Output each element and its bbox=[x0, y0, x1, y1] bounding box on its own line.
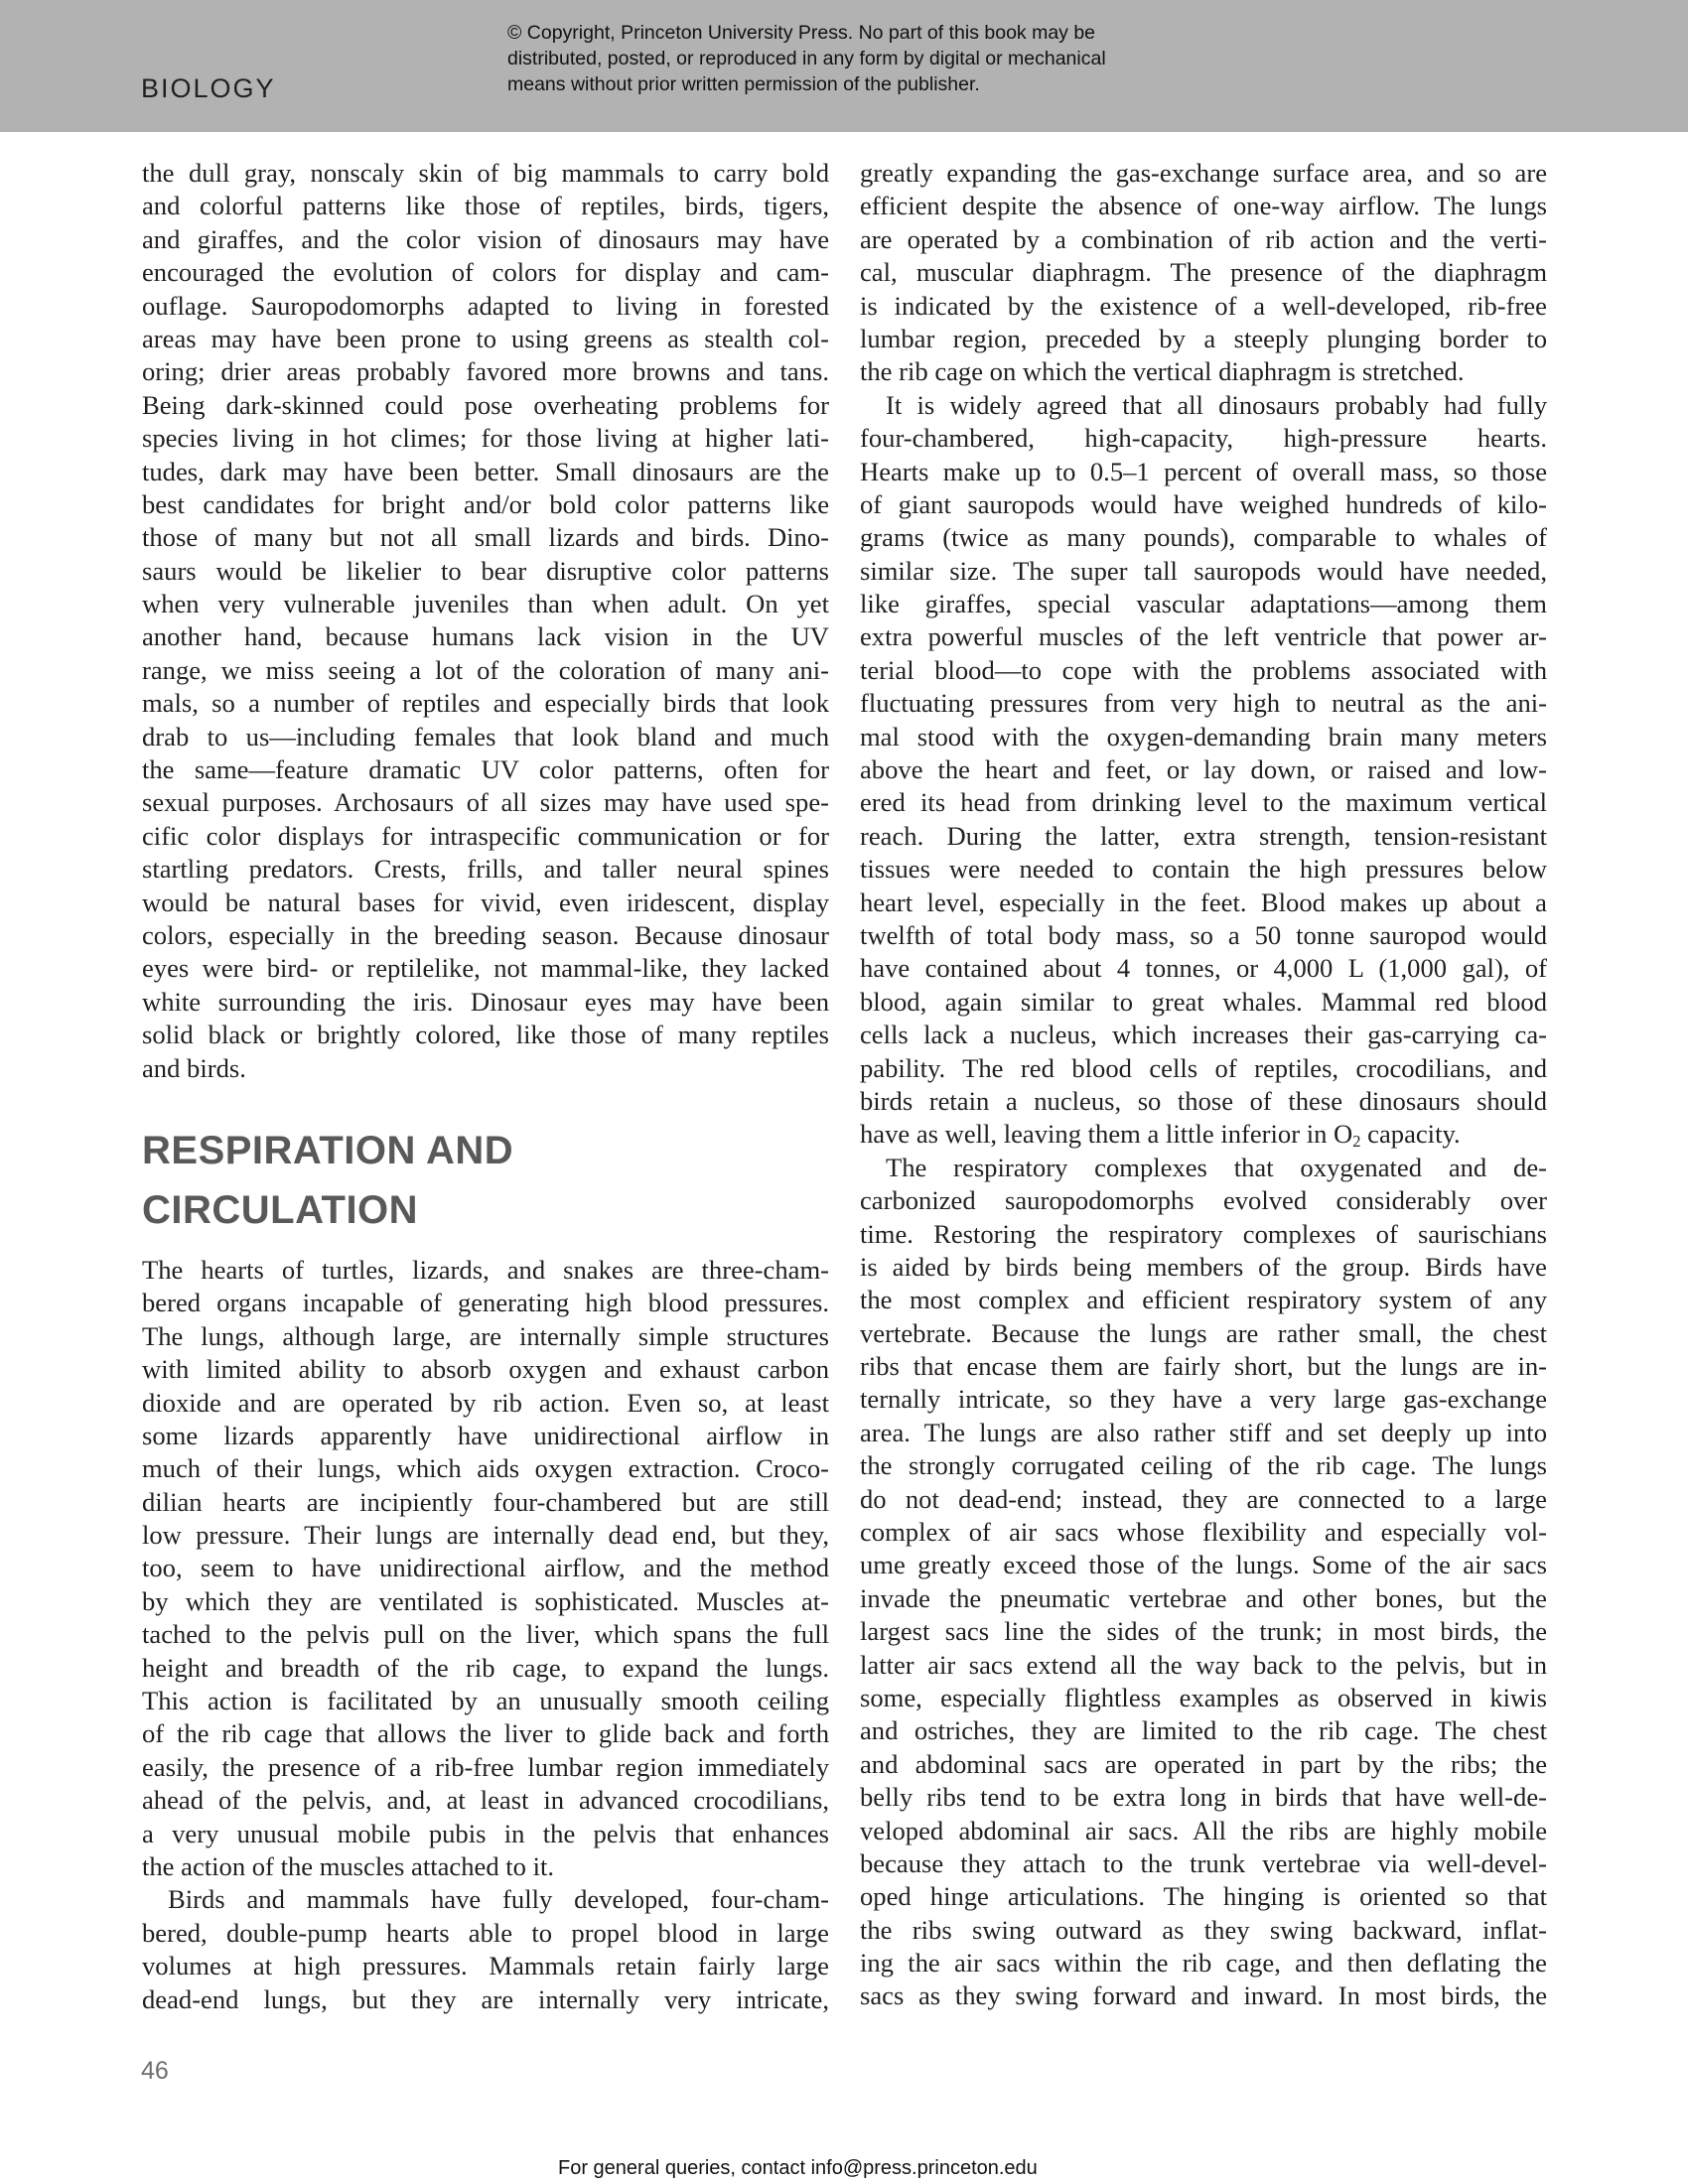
text-line: ahead of the pelvis, and, at least in ad… bbox=[142, 1784, 829, 1817]
text-line: easily, the presence of a rib-free lumba… bbox=[142, 1751, 829, 1784]
text-line: do not dead-end; instead, they are conne… bbox=[860, 1483, 1547, 1516]
text-line: is indicated by the existence of a well-… bbox=[860, 290, 1547, 323]
text-line: twelfth of total body mass, so a 50 tonn… bbox=[860, 919, 1547, 952]
copyright-notice: © Copyright, Princeton University Press.… bbox=[507, 20, 1222, 97]
text-line: cific color displays for intraspecific c… bbox=[142, 820, 829, 853]
text-line: fluctuating pressures from very high to … bbox=[860, 687, 1547, 720]
text-line: when very vulnerable juveniles than when… bbox=[142, 588, 829, 620]
text-line: largest sacs line the sides of the trunk… bbox=[860, 1615, 1547, 1648]
text-line: eyes were bird- or reptilelike, not mamm… bbox=[142, 952, 829, 985]
text-line: complex of air sacs whose flexibility an… bbox=[860, 1516, 1547, 1549]
text-line: tissues were needed to contain the high … bbox=[860, 853, 1547, 886]
text-line: veloped abdominal air sacs. All the ribs… bbox=[860, 1815, 1547, 1847]
text-line: and birds. bbox=[142, 1052, 829, 1085]
text-line: cells lack a nucleus, which increases th… bbox=[860, 1019, 1547, 1051]
text-line: the strongly corrugated ceiling of the r… bbox=[860, 1449, 1547, 1482]
text-line: dioxide and are operated by rib action. … bbox=[142, 1387, 829, 1420]
text-line: The lungs, although large, are internall… bbox=[142, 1320, 829, 1353]
text-line: and giraffes, and the color vision of di… bbox=[142, 223, 829, 256]
text-line: the dull gray, nonscaly skin of big mamm… bbox=[142, 157, 829, 190]
text-line: because they attach to the trunk vertebr… bbox=[860, 1847, 1547, 1880]
text-line: ing the air sacs within the rib cage, an… bbox=[860, 1947, 1547, 1979]
text-line: pability. The red blood cells of reptile… bbox=[860, 1052, 1547, 1085]
text-line: and abdominal sacs are operated in part … bbox=[860, 1748, 1547, 1781]
text-line: birds retain a nucleus, so those of thes… bbox=[860, 1085, 1547, 1118]
text-line: and ostriches, they are limited to the r… bbox=[860, 1714, 1547, 1747]
text-line: vertebrate. Because the lungs are rather… bbox=[860, 1317, 1547, 1350]
text-line: range, we miss seeing a lot of the color… bbox=[142, 654, 829, 687]
text-line: some lizards apparently have unidirectio… bbox=[142, 1420, 829, 1452]
text-line: solid black or brightly colored, like th… bbox=[142, 1019, 829, 1051]
text-line: and colorful patterns like those of rept… bbox=[142, 190, 829, 222]
text-line: The respiratory complexes that oxygenate… bbox=[860, 1152, 1547, 1184]
text-line: too, seem to have unidirectional airflow… bbox=[142, 1552, 829, 1584]
paragraph: the dull gray, nonscaly skin of big mamm… bbox=[142, 157, 829, 1085]
text-line: The hearts of turtles, lizards, and snak… bbox=[142, 1254, 829, 1287]
text-fragment: have as well, leaving them a little infe… bbox=[860, 1119, 1352, 1149]
text-line: a very unusual mobile pubis in the pelvi… bbox=[142, 1818, 829, 1850]
text-line: belly ribs tend to be extra long in bird… bbox=[860, 1781, 1547, 1814]
text-line: ternally intricate, so they have a very … bbox=[860, 1383, 1547, 1416]
right-column: greatly expanding the gas-exchange surfa… bbox=[860, 157, 1547, 2013]
text-line: is aided by birds being members of the g… bbox=[860, 1251, 1547, 1284]
text-line: cal, muscular diaphragm. The presence of… bbox=[860, 256, 1547, 289]
text-line: colors, especially in the breeding seaso… bbox=[142, 919, 829, 952]
text-line: time. Restoring the respiratory complexe… bbox=[860, 1218, 1547, 1251]
text-line: are operated by a combination of rib act… bbox=[860, 223, 1547, 256]
text-line: species living in hot climes; for those … bbox=[142, 422, 829, 455]
text-line-with-subscript: have as well, leaving them a little infe… bbox=[860, 1118, 1547, 1151]
text-line: startling predators. Crests, frills, and… bbox=[142, 853, 829, 886]
text-line: drab to us—including females that look b… bbox=[142, 721, 829, 753]
text-line: like giraffes, special vascular adaptati… bbox=[860, 588, 1547, 620]
text-line: of the rib cage that allows the liver to… bbox=[142, 1717, 829, 1750]
text-line: sacs as they swing forward and inward. I… bbox=[860, 1979, 1547, 2012]
copyright-header-band: BIOLOGY © Copyright, Princeton Universit… bbox=[0, 0, 1688, 132]
text-line: mals, so a number of reptiles and especi… bbox=[142, 687, 829, 720]
paragraph: The hearts of turtles, lizards, and snak… bbox=[142, 1254, 829, 1883]
text-line: much of their lungs, which aids oxygen e… bbox=[142, 1452, 829, 1485]
left-column: the dull gray, nonscaly skin of big mamm… bbox=[142, 157, 829, 2016]
paragraph: The respiratory complexes that oxygenate… bbox=[860, 1152, 1547, 2013]
section-heading-line: CIRCULATION bbox=[142, 1180, 829, 1240]
text-line: encouraged the evolution of colors for d… bbox=[142, 256, 829, 289]
text-line: dilian hearts are incipiently four-chamb… bbox=[142, 1486, 829, 1519]
text-line: the most complex and efficient respirato… bbox=[860, 1284, 1547, 1316]
text-line: some, especially flightless examples as … bbox=[860, 1682, 1547, 1714]
text-line: efficient despite the absence of one-way… bbox=[860, 190, 1547, 222]
running-head: BIOLOGY bbox=[141, 73, 276, 104]
paragraph: It is widely agreed that all dinosaurs p… bbox=[860, 389, 1547, 1119]
text-line: Being dark-skinned could pose overheatin… bbox=[142, 389, 829, 422]
copyright-line: distributed, posted, or reproduced in an… bbox=[507, 46, 1222, 71]
copyright-line: means without prior written permission o… bbox=[507, 71, 1222, 97]
text-line: of giant sauropods would have weighed hu… bbox=[860, 488, 1547, 521]
text-line: would be natural bases for vivid, even i… bbox=[142, 887, 829, 919]
text-line: the rib cage on which the vertical diaph… bbox=[860, 355, 1547, 388]
text-line: tudes, dark may have been better. Small … bbox=[142, 456, 829, 488]
text-line: blood, again similar to great whales. Ma… bbox=[860, 986, 1547, 1019]
text-line: latter air sacs extend all the way back … bbox=[860, 1649, 1547, 1682]
text-line: terial blood—to cope with the problems a… bbox=[860, 654, 1547, 687]
text-line: similar size. The super tall sauropods w… bbox=[860, 555, 1547, 588]
text-line: height and breadth of the rib cage, to e… bbox=[142, 1652, 829, 1685]
text-line: invade the pneumatic vertebrae and other… bbox=[860, 1582, 1547, 1615]
text-line: oped hinge articulations. The hinging is… bbox=[860, 1880, 1547, 1913]
text-line: heart level, especially in the feet. Blo… bbox=[860, 887, 1547, 919]
text-line: ered its head from drinking level to the… bbox=[860, 786, 1547, 819]
text-fragment: capacity. bbox=[1361, 1119, 1461, 1149]
text-line: Birds and mammals have fully developed, … bbox=[142, 1883, 829, 1916]
text-line: tached to the pelvis pull on the liver, … bbox=[142, 1618, 829, 1651]
text-line: bered organs incapable of generating hig… bbox=[142, 1287, 829, 1319]
text-line: carbonized sauropodomorphs evolved consi… bbox=[860, 1184, 1547, 1217]
text-line: bered, double-pump hearts able to propel… bbox=[142, 1917, 829, 1950]
paragraph: greatly expanding the gas-exchange surfa… bbox=[860, 157, 1547, 389]
text-line: areas may have been prone to using green… bbox=[142, 323, 829, 355]
paragraph: Birds and mammals have fully developed, … bbox=[142, 1883, 829, 2016]
text-line: with limited ability to absorb oxygen an… bbox=[142, 1353, 829, 1386]
text-line: dead-end lungs, but they are internally … bbox=[142, 1983, 829, 2016]
section-heading: RESPIRATION AND CIRCULATION bbox=[142, 1121, 829, 1240]
text-line: ume greatly exceed those of the lungs. S… bbox=[860, 1549, 1547, 1581]
section-heading-line: RESPIRATION AND bbox=[142, 1121, 829, 1180]
text-line: those of many but not all small lizards … bbox=[142, 521, 829, 554]
text-line: oring; drier areas probably favored more… bbox=[142, 355, 829, 388]
copyright-line: © Copyright, Princeton University Press.… bbox=[507, 20, 1222, 46]
footer-contact: For general queries, contact info@press.… bbox=[558, 2157, 1038, 2180]
text-line: area. The lungs are also rather stiff an… bbox=[860, 1417, 1547, 1449]
text-line: lumbar region, preceded by a steeply plu… bbox=[860, 323, 1547, 355]
text-line: extra powerful muscles of the left ventr… bbox=[860, 620, 1547, 653]
text-line: the same—feature dramatic UV color patte… bbox=[142, 753, 829, 786]
text-line: volumes at high pressures. Mammals retai… bbox=[142, 1950, 829, 1982]
subscript: 2 bbox=[1352, 1132, 1360, 1151]
text-line: have contained about 4 tonnes, or 4,000 … bbox=[860, 952, 1547, 985]
text-line: white surrounding the iris. Dinosaur eye… bbox=[142, 986, 829, 1019]
text-line: It is widely agreed that all dinosaurs p… bbox=[860, 389, 1547, 422]
text-line: four-chambered, high-capacity, high-pres… bbox=[860, 422, 1547, 455]
text-line: This action is facilitated by an unusual… bbox=[142, 1685, 829, 1717]
text-line: Hearts make up to 0.5–1 percent of overa… bbox=[860, 456, 1547, 488]
text-line: greatly expanding the gas-exchange surfa… bbox=[860, 157, 1547, 190]
text-line: grams (twice as many pounds), comparable… bbox=[860, 521, 1547, 554]
text-line: ouflage. Sauropodomorphs adapted to livi… bbox=[142, 290, 829, 323]
text-line: the ribs swing outward as they swing bac… bbox=[860, 1914, 1547, 1947]
text-line: the action of the muscles attached to it… bbox=[142, 1850, 829, 1883]
page-number: 46 bbox=[141, 2057, 169, 2086]
text-line: best candidates for bright and/or bold c… bbox=[142, 488, 829, 521]
text-line: ribs that encase them are fairly short, … bbox=[860, 1350, 1547, 1383]
text-line: sexual purposes. Archosaurs of all sizes… bbox=[142, 786, 829, 819]
text-line: mal stood with the oxygen-demanding brai… bbox=[860, 721, 1547, 753]
text-line: saurs would be likelier to bear disrupti… bbox=[142, 555, 829, 588]
text-line: by which they are ventilated is sophisti… bbox=[142, 1585, 829, 1618]
text-line: low pressure. Their lungs are internally… bbox=[142, 1519, 829, 1552]
text-line: another hand, because humans lack vision… bbox=[142, 620, 829, 653]
text-line: above the heart and feet, or lay down, o… bbox=[860, 753, 1547, 786]
text-line: reach. During the latter, extra strength… bbox=[860, 820, 1547, 853]
